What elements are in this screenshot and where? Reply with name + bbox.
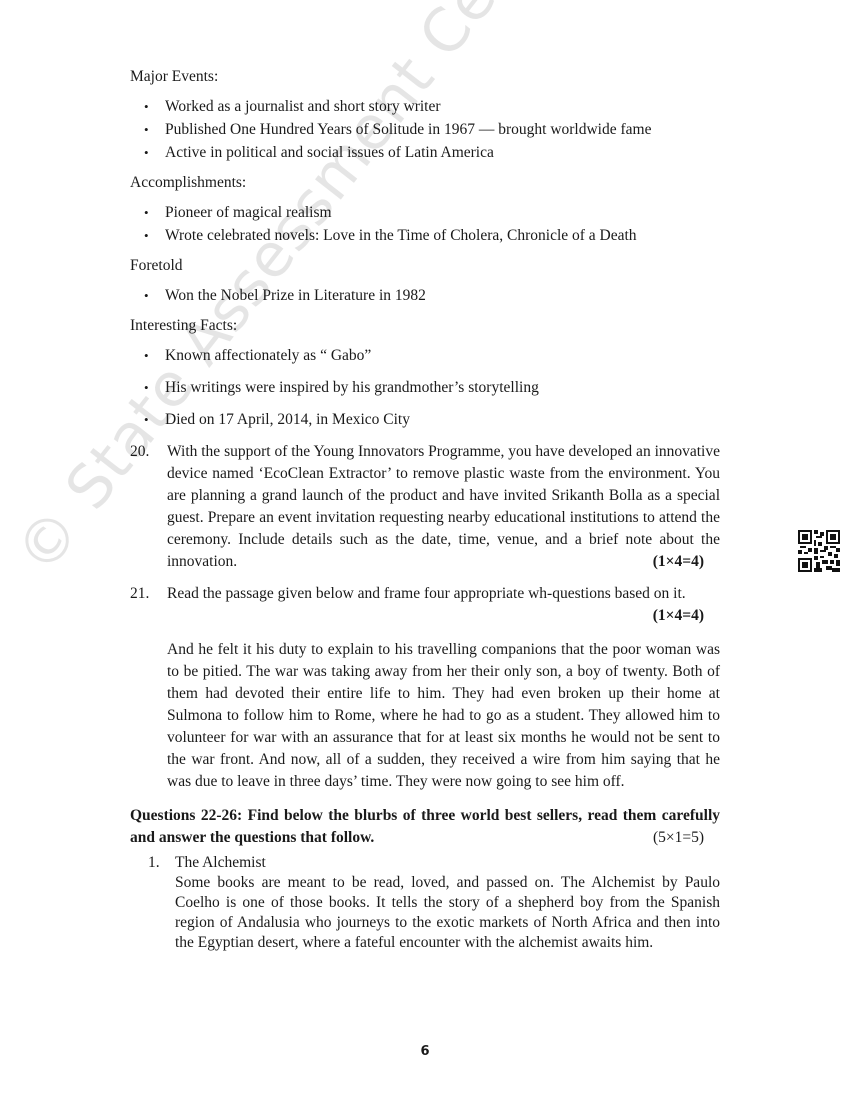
page-content: Major Events: Worked as a journalist and… [130,66,720,953]
list-item: Active in political and social issues of… [144,142,720,164]
major-events-heading: Major Events: [130,66,720,88]
question-20: 20. With the support of the Young Innova… [130,441,720,573]
interesting-facts-heading: Interesting Facts: [130,315,720,337]
list-item: Published One Hundred Years of Solitude … [144,119,720,141]
question-22-26-instructions: Questions 22-26: Find below the blurbs o… [130,805,720,849]
major-events-list: Worked as a journalist and short story w… [130,96,720,164]
question-marks: (1×4=4) [653,551,704,573]
list-item: Died on 17 April, 2014, in Mexico City [144,409,720,431]
question-21: 21. Read the passage given below and fra… [130,583,720,627]
list-item: Known affectionately as “ Gabo” [144,345,720,367]
document-page: © State Assessment Cell, SCERT, Kerala M… [0,0,850,1100]
question-21-passage: And he felt it his duty to explain to hi… [130,639,720,793]
question-marks: (5×1=5) [653,827,704,849]
page-number: 6 [0,1044,850,1059]
list-item: Pioneer of magical realism [144,202,720,224]
question-text: Read the passage given below and frame f… [167,585,686,602]
list-item: Worked as a journalist and short story w… [144,96,720,118]
list-item: Won the Nobel Prize in Literature in 198… [144,285,720,307]
question-marks: (1×4=4) [653,605,704,627]
qr-code-icon [798,530,840,572]
question-number: 21. [130,583,149,605]
list-item: His writings were inspired by his grandm… [144,377,720,399]
book-title: The Alchemist [175,853,720,873]
instruction-text: Questions 22-26: Find below the blurbs o… [130,807,720,846]
interesting-facts-list: Known affectionately as “ Gabo” His writ… [130,345,720,431]
book-blurb-text: Some books are meant to be read, loved, … [175,873,720,953]
foretold-list: Won the Nobel Prize in Literature in 198… [130,285,720,307]
list-item: Wrote celebrated novels: Love in the Tim… [144,225,720,247]
question-number: 20. [130,441,149,463]
book-number: 1. [148,853,160,873]
accomplishments-heading: Accomplishments: [130,172,720,194]
foretold-heading: Foretold [130,255,720,277]
question-text: With the support of the Young Innovators… [167,443,720,570]
accomplishments-list: Pioneer of magical realism Wrote celebra… [130,202,720,247]
book-blurb-1: 1. The Alchemist Some books are meant to… [130,853,720,953]
